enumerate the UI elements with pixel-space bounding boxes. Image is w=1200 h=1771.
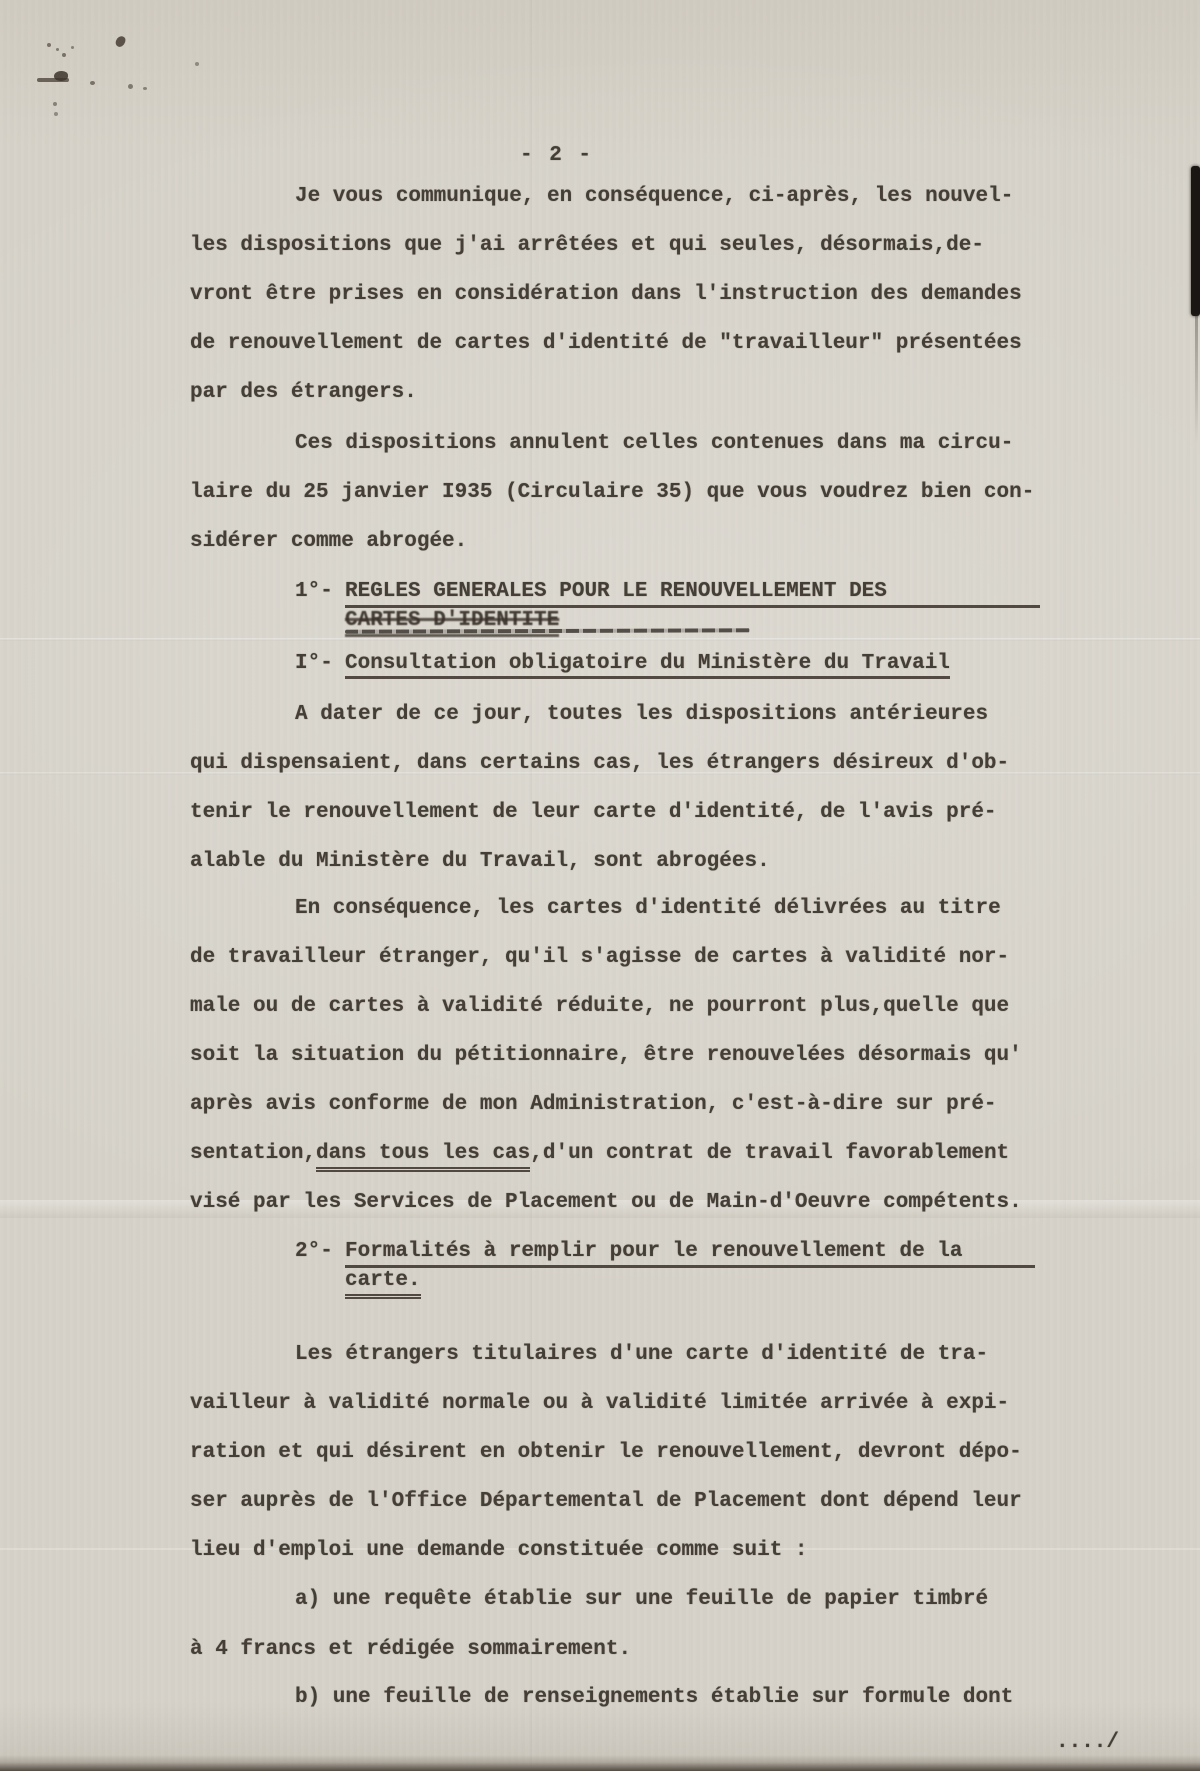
ink-speck <box>71 46 74 49</box>
typewritten-line: A dater de ce jour, toutes les dispositi… <box>190 690 1050 739</box>
continuation-mark: ..../ <box>1056 1728 1119 1758</box>
typewritten-line: à 4 francs et rédigée sommairement. <box>190 1625 1050 1675</box>
paper-crease-vertical <box>1062 0 1066 1771</box>
underlined-phrase: dans tous les cas <box>316 1142 530 1172</box>
scan-edge-mark-fade <box>1195 314 1198 444</box>
heading-line: Consultation obligatoire du Ministère du… <box>345 651 950 677</box>
typewritten-line: vront être prises en considération dans … <box>190 270 1050 319</box>
ink-speck <box>54 112 58 116</box>
typewritten-line: Les étrangers titulaires d'une carte d'i… <box>190 1330 1050 1379</box>
typewritten-line: male ou de cartes à validité réduite, ne… <box>190 982 1050 1031</box>
paper-crease <box>0 638 1200 641</box>
typewritten-line-with-underline: sentation,dans tous les cas,d'un contrat… <box>190 1129 1050 1178</box>
scanned-document-page: - 2 - Je vous communique, en conséquence… <box>0 0 1200 1771</box>
typewritten-line: a) une requête établie sur une feuille d… <box>190 1575 1050 1625</box>
ink-speck <box>195 62 199 66</box>
paragraph: Ces dispositions annulent celles contenu… <box>190 419 1050 566</box>
heading-number: 2°- <box>295 1239 345 1294</box>
typewritten-line: Je vous communique, en conséquence, ci-a… <box>190 172 1050 221</box>
ink-speck <box>143 87 147 90</box>
scan-bottom-edge <box>0 1755 1200 1771</box>
typewritten-line: après avis conforme de mon Administratio… <box>190 1080 1050 1129</box>
typewritten-line: tenir le renouvellement de leur carte d'… <box>190 788 1050 837</box>
paragraph-item-b: b) une feuille de renseignements établie… <box>190 1673 1050 1722</box>
typewritten-line: vailleur à validité normale ou à validit… <box>190 1379 1050 1428</box>
ink-speck <box>56 48 59 51</box>
ink-speck <box>114 35 126 48</box>
paragraph-item-a: a) une requête établie sur une feuille d… <box>190 1575 1050 1675</box>
typewritten-line: de renouvellement de cartes d'identité d… <box>190 319 1050 368</box>
ink-speck <box>128 84 133 89</box>
heading-number: I°- <box>295 651 345 677</box>
typewritten-line: sidérer comme abrogée. <box>190 517 1050 566</box>
paragraph: Les étrangers titulaires d'une carte d'i… <box>190 1330 1050 1575</box>
ink-speck <box>37 78 69 82</box>
paragraph: Je vous communique, en conséquence, ci-a… <box>190 172 1050 417</box>
typewritten-line: par des étrangers. <box>190 368 1050 417</box>
section-heading-2: I°- Consultation obligatoire du Ministèr… <box>295 651 950 677</box>
paragraph: En conséquence, les cartes d'identité dé… <box>190 884 1050 1227</box>
typewritten-line: visé par les Services de Placement ou de… <box>190 1178 1050 1227</box>
typewritten-line: les dispositions que j'ai arrêtées et qu… <box>190 221 1050 270</box>
typewritten-line: laire du 25 janvier I935 (Circulaire 35)… <box>190 468 1050 517</box>
typewritten-line: de travailleur étranger, qu'il s'agisse … <box>190 933 1050 982</box>
heading-line: Formalités à remplir pour le renouvellem… <box>345 1239 1035 1268</box>
typewritten-line: ser auprès de l'Office Départemental de … <box>190 1477 1050 1526</box>
heading-line: REGLES GENERALES POUR LE RENOUVELLEMENT … <box>345 579 1040 608</box>
typewritten-line: b) une feuille de renseignements établie… <box>190 1673 1050 1722</box>
typewritten-line: qui dispensaient, dans certains cas, les… <box>190 739 1050 788</box>
typewritten-line: alable du Ministère du Travail, sont abr… <box>190 837 1050 886</box>
typewritten-line: lieu d'emploi une demande constituée com… <box>190 1526 1050 1575</box>
ink-speck <box>90 81 95 85</box>
ink-speck <box>53 102 57 106</box>
scan-edge-mark <box>1191 166 1200 316</box>
ink-speck <box>47 43 51 47</box>
typewritten-line: soit la situation du pétitionnaire, être… <box>190 1031 1050 1080</box>
paragraph: A dater de ce jour, toutes les dispositi… <box>190 690 1050 886</box>
page-number: - 2 - <box>520 141 593 171</box>
typewritten-line: En conséquence, les cartes d'identité dé… <box>190 884 1050 933</box>
ink-speck <box>62 53 66 57</box>
typewritten-line: Ces dispositions annulent celles contenu… <box>190 419 1050 468</box>
heading-line: carte. <box>345 1268 1035 1294</box>
section-heading-3: 2°- Formalités à remplir pour le renouve… <box>295 1239 1035 1294</box>
heading-number: 1°- <box>295 579 345 637</box>
typewritten-line: ration et qui désirent en obtenir le ren… <box>190 1428 1050 1477</box>
